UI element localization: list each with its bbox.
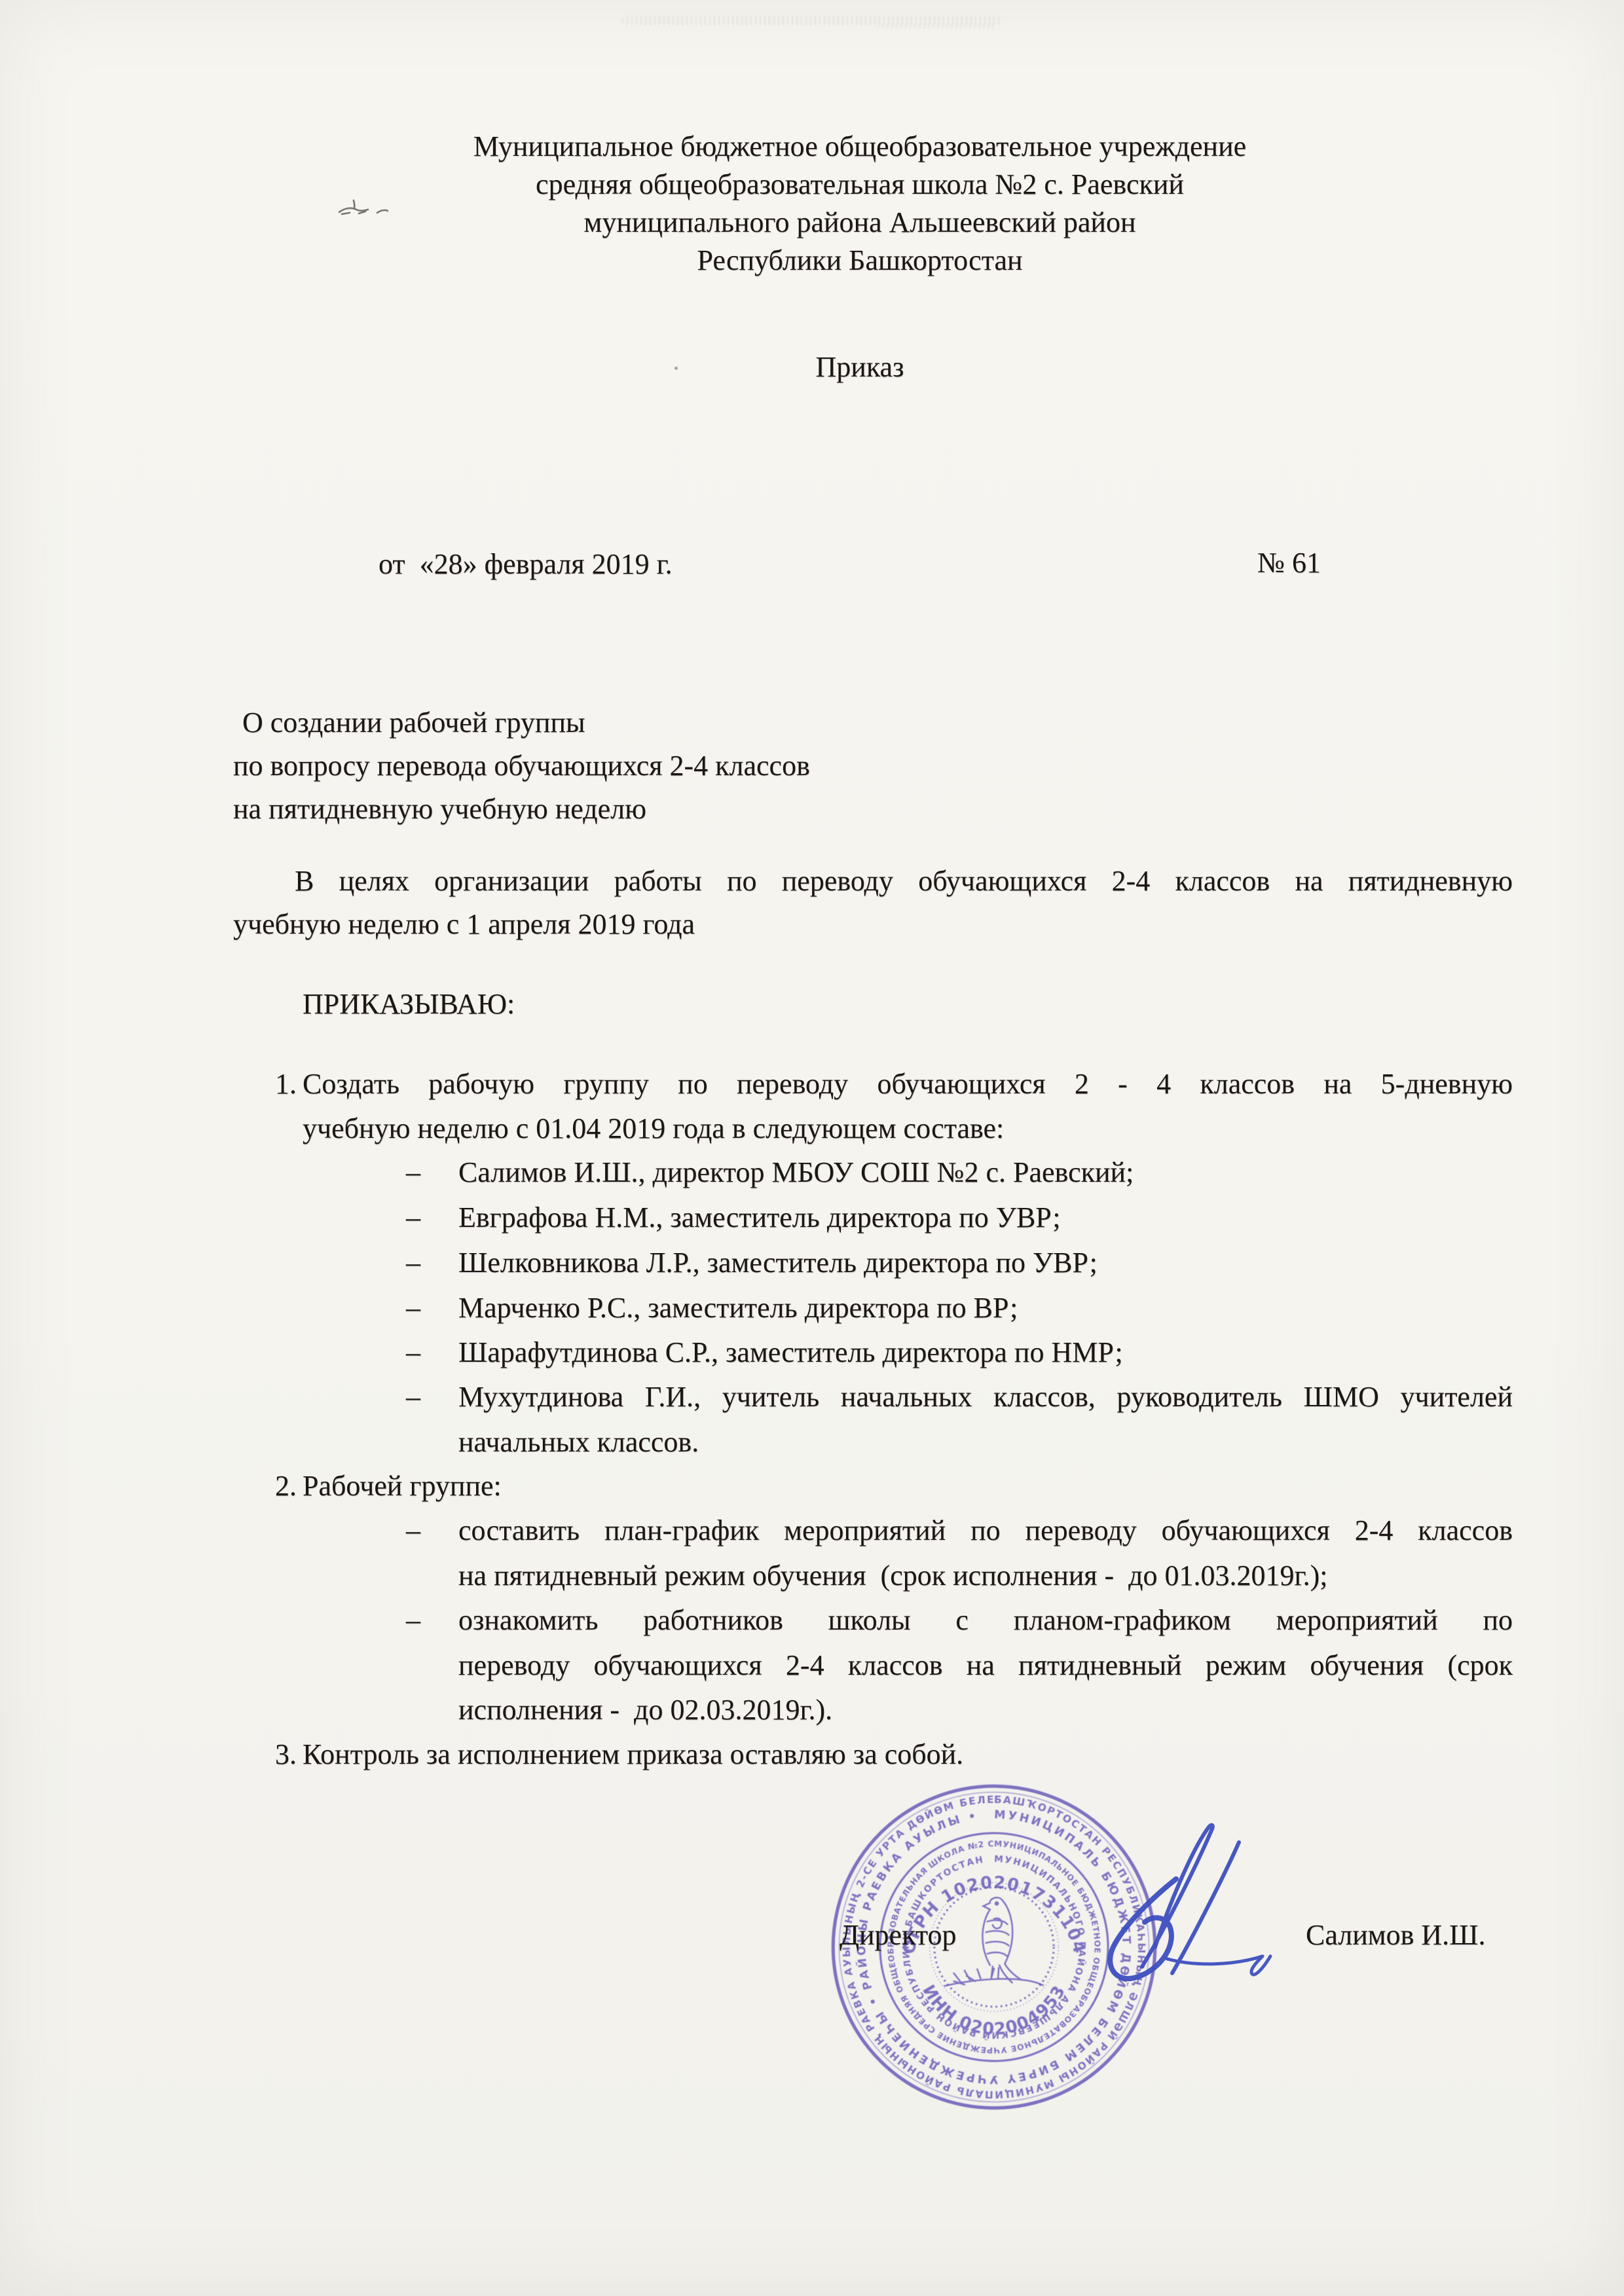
dash-marker: –	[406, 1602, 420, 1639]
signature-role-label: Директор	[840, 1917, 957, 1954]
member-line: начальных классов.	[458, 1424, 699, 1461]
item1-line: учебную неделю с 01.04 2019 года в следу…	[303, 1110, 1004, 1147]
intro-line: учебную неделю с 1 апреля 2019 года	[233, 906, 695, 943]
dash-marker: –	[406, 1154, 420, 1191]
dash-marker: –	[406, 1290, 420, 1326]
doc-title: Приказ	[218, 349, 1502, 386]
member-line: Мухутдинова Г.И., учитель начальных клас…	[458, 1379, 1513, 1415]
org-name-line: средняя общеобразовательная школа №2 с. …	[218, 166, 1502, 203]
scan-noise	[877, 24, 995, 29]
dash-marker: –	[406, 1379, 420, 1415]
member-line: Шарафутдинова С.Р., заместитель директор…	[458, 1334, 1123, 1371]
dash-marker: –	[406, 1199, 420, 1236]
scanned-order-page: Муниципальное бюджетное общеобразователь…	[0, 0, 1624, 2296]
order-number: № 61	[1257, 545, 1321, 581]
item2-line: Рабочей группе:	[303, 1468, 502, 1504]
org-name-line: муниципального района Альшеевский район	[218, 204, 1502, 241]
org-name-line: Республики Башкортостан	[218, 242, 1502, 279]
item1-line: Создать рабочую группу по переводу обуча…	[303, 1066, 1513, 1102]
dash-marker: –	[406, 1512, 420, 1549]
subject-line: О создании рабочей группы	[242, 704, 585, 741]
intro-line: В целях организации работы по переводу о…	[233, 863, 1513, 900]
item3-line: Контроль за исполнением приказа оставляю…	[303, 1736, 963, 1773]
task-line: на пятидневный режим обучения (срок испо…	[458, 1558, 1328, 1594]
member-line: Евграфова Н.М., заместитель директора по…	[458, 1199, 1061, 1236]
task-line: исполнения - до 02.03.2019г.).	[458, 1692, 832, 1728]
task-line: составить план-график мероприятий по пер…	[458, 1512, 1513, 1549]
item3-marker: 3.	[275, 1736, 297, 1773]
decree-word: ПРИКАЗЫВАЮ:	[303, 986, 515, 1023]
member-line: Шелковникова Л.Р., заместитель директора…	[458, 1245, 1098, 1281]
dash-marker: –	[406, 1334, 420, 1371]
dash-marker: –	[406, 1245, 420, 1281]
org-name-line: Муниципальное бюджетное общеобразователь…	[218, 128, 1502, 165]
order-date: от «28» февраля 2019 г.	[378, 546, 673, 583]
member-line: Марченко Р.С., заместитель директора по …	[458, 1290, 1018, 1326]
member-line: Салимов И.Ш., директор МБОУ СОШ №2 с. Ра…	[458, 1154, 1134, 1191]
item2-marker: 2.	[275, 1468, 297, 1504]
subject-line: на пятидневную учебную неделю	[233, 791, 646, 828]
director-signature-icon	[1079, 1802, 1295, 2005]
task-line: ознакомить работников школы с планом-гра…	[458, 1602, 1513, 1639]
subject-line: по вопросу перевода обучающихся 2-4 клас…	[233, 748, 810, 784]
falcon-emblem-icon	[944, 1897, 1043, 1986]
task-line: переводу обучающихся 2-4 классов на пяти…	[458, 1647, 1513, 1684]
item1-marker: 1.	[275, 1066, 297, 1102]
signature-name-label: Салимов И.Ш.	[1306, 1917, 1486, 1954]
